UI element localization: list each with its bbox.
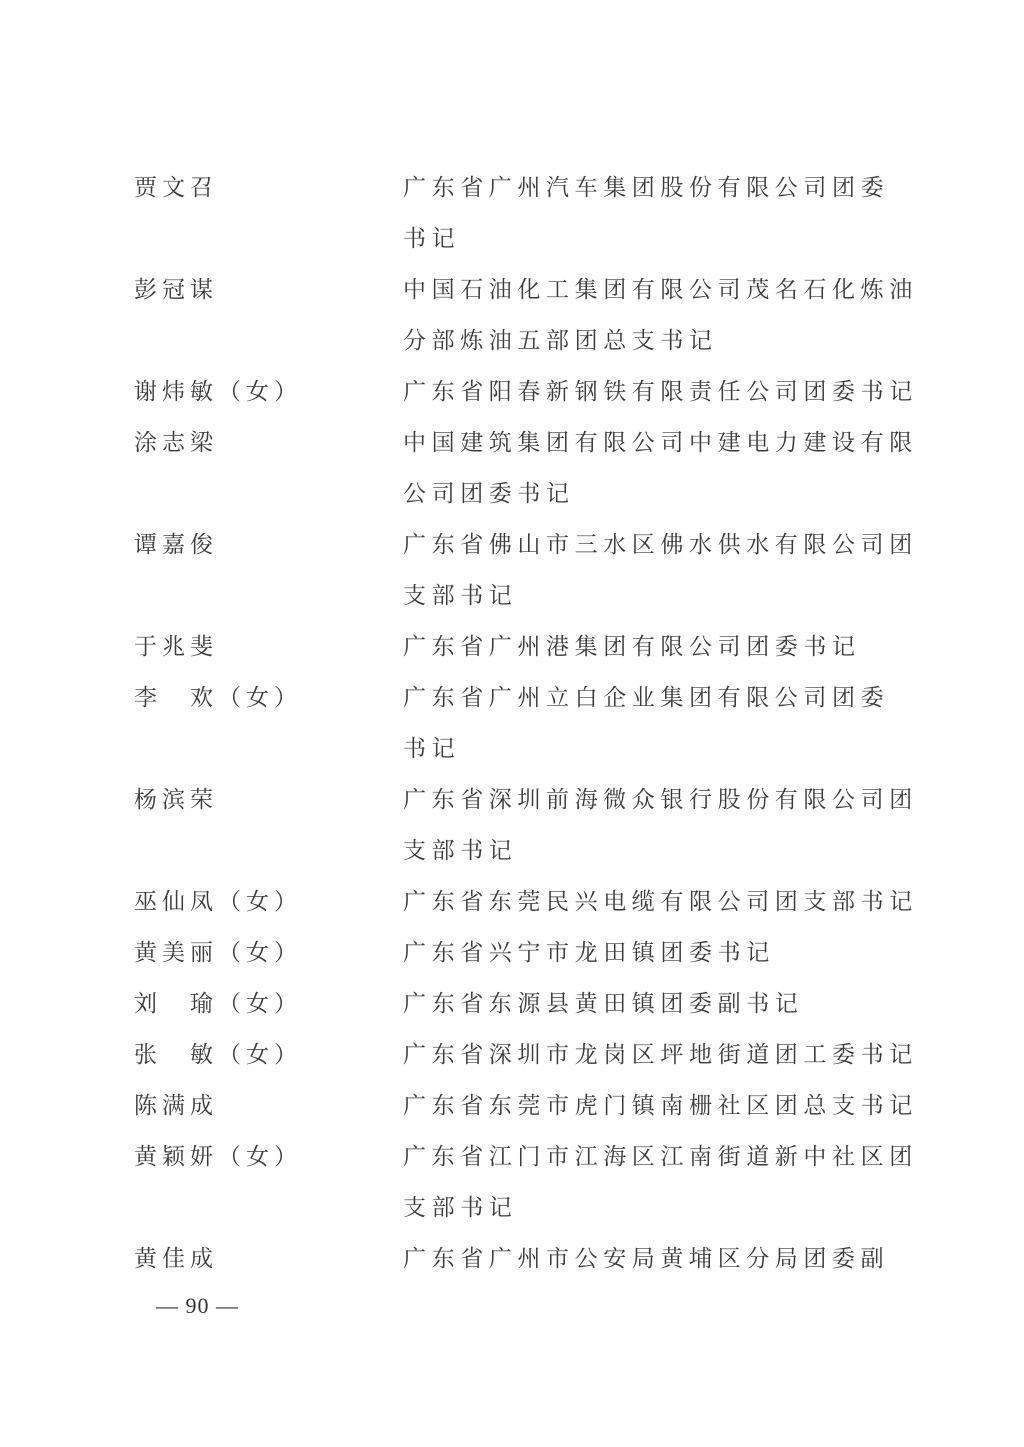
- position-description: 广东省东源县黄田镇团委副书记: [403, 979, 894, 1030]
- person-name: 李 欢（女）: [134, 673, 302, 724]
- person-name: 巫仙凤（女）: [134, 877, 302, 928]
- position-description: 广东省江门市江海区江南街道新中社区团: [403, 1132, 894, 1183]
- position-description: 广东省广州市公安局黄埔区分局团委副: [403, 1234, 894, 1285]
- position-description: 广东省广州汽车集团股份有限公司团委: [403, 163, 894, 214]
- position-description: 广东省东莞民兴电缆有限公司团支部书记: [403, 877, 894, 928]
- position-description: 广东省深圳市龙岗区坪地街道团工委书记: [403, 1030, 894, 1081]
- position-description: 支部书记: [403, 826, 894, 877]
- position-description: 广东省兴宁市龙田镇团委书记: [403, 928, 894, 979]
- person-name: 彭冠谋: [134, 265, 218, 316]
- position-description: 支部书记: [403, 571, 894, 622]
- position-description: 广东省广州港集团有限公司团委书记: [403, 622, 894, 673]
- person-name: 黄美丽（女）: [134, 928, 302, 979]
- list-item: 张 敏（女）广东省深圳市龙岗区坪地街道团工委书记: [134, 1030, 894, 1081]
- list-item: 巫仙凤（女）广东省东莞民兴电缆有限公司团支部书记: [134, 877, 894, 928]
- list-item: 涂志梁中国建筑集团有限公司中建电力建设有限公司团委书记: [134, 418, 894, 520]
- person-name: 于兆斐: [134, 622, 218, 673]
- person-name: 陈满成: [134, 1081, 218, 1132]
- list-item: 彭冠谋中国石油化工集团有限公司茂名石化炼油分部炼油五部团总支书记: [134, 265, 894, 367]
- position-description: 书记: [403, 214, 894, 265]
- list-item: 李 欢（女）广东省广州立白企业集团有限公司团委书记: [134, 673, 894, 775]
- position-description: 广东省阳春新钢铁有限责任公司团委书记: [403, 367, 894, 418]
- position-description: 分部炼油五部团总支书记: [403, 316, 894, 367]
- position-description: 公司团委书记: [403, 469, 894, 520]
- position-description: 书记: [403, 724, 894, 775]
- person-name: 杨滨荣: [134, 775, 218, 826]
- list-item: 贾文召广东省广州汽车集团股份有限公司团委书记: [134, 163, 894, 265]
- list-item: 陈满成广东省东莞市虎门镇南栅社区团总支书记: [134, 1081, 894, 1132]
- person-name: 谢炜敏（女）: [134, 367, 302, 418]
- list-item: 谭嘉俊广东省佛山市三水区佛水供水有限公司团支部书记: [134, 520, 894, 622]
- person-name: 张 敏（女）: [134, 1030, 302, 1081]
- position-description: 广东省广州立白企业集团有限公司团委: [403, 673, 894, 724]
- page-number: — 90 —: [156, 1293, 239, 1319]
- position-description: 中国建筑集团有限公司中建电力建设有限: [403, 418, 894, 469]
- list-item: 黄颖妍（女）广东省江门市江海区江南街道新中社区团支部书记: [134, 1132, 894, 1234]
- person-name: 谭嘉俊: [134, 520, 218, 571]
- person-name: 贾文召: [134, 163, 218, 214]
- position-description: 广东省深圳前海微众银行股份有限公司团: [403, 775, 894, 826]
- list-item: 黄美丽（女）广东省兴宁市龙田镇团委书记: [134, 928, 894, 979]
- person-name: 涂志梁: [134, 418, 218, 469]
- name-list: 贾文召广东省广州汽车集团股份有限公司团委书记彭冠谋中国石油化工集团有限公司茂名石…: [134, 163, 894, 1285]
- list-item: 刘 瑜（女）广东省东源县黄田镇团委副书记: [134, 979, 894, 1030]
- position-description: 支部书记: [403, 1183, 894, 1234]
- position-description: 广东省东莞市虎门镇南栅社区团总支书记: [403, 1081, 894, 1132]
- person-name: 刘 瑜（女）: [134, 979, 302, 1030]
- list-item: 谢炜敏（女）广东省阳春新钢铁有限责任公司团委书记: [134, 367, 894, 418]
- position-description: 广东省佛山市三水区佛水供水有限公司团: [403, 520, 894, 571]
- list-item: 于兆斐广东省广州港集团有限公司团委书记: [134, 622, 894, 673]
- person-name: 黄颖妍（女）: [134, 1132, 302, 1183]
- document-page: 贾文召广东省广州汽车集团股份有限公司团委书记彭冠谋中国石油化工集团有限公司茂名石…: [0, 0, 1024, 1447]
- position-description: 中国石油化工集团有限公司茂名石化炼油: [403, 265, 894, 316]
- person-name: 黄佳成: [134, 1234, 218, 1285]
- list-item: 黄佳成广东省广州市公安局黄埔区分局团委副: [134, 1234, 894, 1285]
- list-item: 杨滨荣广东省深圳前海微众银行股份有限公司团支部书记: [134, 775, 894, 877]
